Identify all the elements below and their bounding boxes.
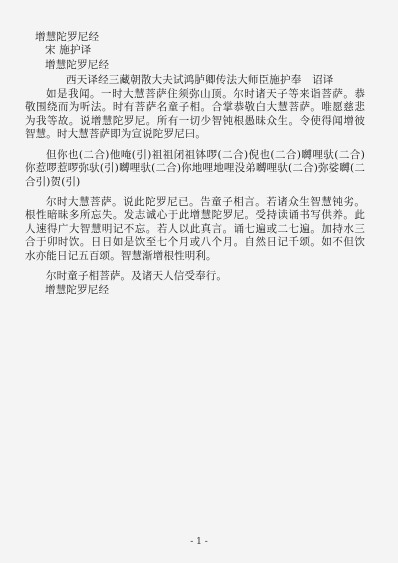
sutra-title: 增慧陀罗尼经 [35, 31, 99, 44]
document-page: 增慧陀罗尼经 宋 施护译 增慧陀罗尼经 西天译经三藏朝散大夫试鸿胪卿传法大师臣施… [0, 0, 398, 563]
paragraph-opening: 如是我闻。一时大慧菩萨住须弥山顶。尔时诸天子等来诣菩萨。恭敬围绕而为听法。时有菩… [25, 88, 365, 142]
paragraph-dharani: 但你也(二合)他唵(引)祖祖闭祖钵啰(二合)倪也(二合)嚩哩驮(二合)你惹啰惹啰… [25, 149, 365, 189]
translator-credit: 西天译经三藏朝散大夫试鸿胪卿传法大师臣施护奉 诏译 [66, 74, 334, 87]
dynasty-translator: 宋 施护译 [45, 44, 91, 57]
paragraph-benefits: 尔时大慧菩萨。说此陀罗尼已。告童子相言。若诸众生智慧钝劣。根性暗昧多所忘失。发志… [25, 196, 365, 263]
paragraph-closing: 尔时童子相菩萨。及诸天人信受奉行。 [25, 270, 365, 283]
sutra-subtitle: 增慧陀罗尼经 [45, 59, 109, 72]
page-number: - 1 - [0, 537, 398, 547]
closing-title: 增慧陀罗尼经 [45, 284, 109, 297]
